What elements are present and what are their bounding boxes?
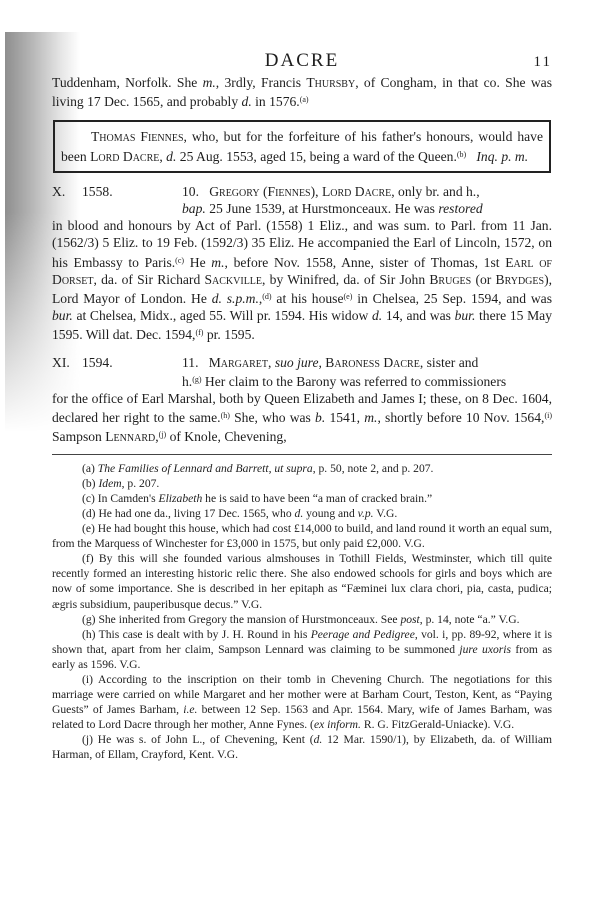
footnote-a: (a) The Families of Lennard and Barrett,… — [52, 461, 552, 476]
entry-heading-text: 10. Gregory (Fiennes), Lord Dacre, only … — [182, 183, 552, 200]
abbrev: d. — [166, 149, 176, 164]
surname: Lennard — [105, 429, 155, 444]
abbrev: i.e. — [183, 703, 197, 716]
citation-title: Elizabeth — [158, 492, 202, 505]
abbrev: bap. — [182, 201, 206, 216]
term: restored — [438, 201, 482, 216]
text: , before Nov. 1558, Anne, sister of Thom… — [225, 255, 506, 270]
title: Baroness Dacre — [325, 355, 420, 370]
footnote-i: (i) According to the inscription on thei… — [52, 672, 552, 732]
abbrev: d. — [295, 507, 304, 520]
entry-heading: XI. 1594. 11. Margaret, suo jure, Barone… — [52, 354, 552, 371]
footnote-b: (b) Idem, p. 207. — [52, 476, 552, 491]
text: , by Winifred, da. of Sir John — [262, 272, 429, 287]
text: pr. 1595. — [203, 327, 254, 342]
text: , shortly before 10 Nov. 1564, — [377, 410, 544, 425]
footnote-g: (g) She inherited from Gregory the mansi… — [52, 612, 552, 627]
text: , sister and — [420, 355, 479, 370]
footnote-mark: (h) — [82, 628, 96, 641]
person-name: Margaret — [209, 355, 268, 370]
footnote-mark: (j) — [82, 733, 93, 746]
abbrev: d. — [372, 308, 382, 323]
entry-line-2: bap. 25 June 1539, at Hurstmonceaux. He … — [52, 200, 552, 217]
text: He had one da., living 17 Dec. 1565, who — [98, 507, 294, 520]
text: 1541, — [325, 410, 364, 425]
citation-title: Peerage and Pedigree — [311, 628, 415, 641]
text: Tuddenham, Norfolk. She — [52, 75, 203, 90]
running-title: DACRE — [52, 50, 552, 72]
boxed-entry: Thomas Fiennes, who, but for the forfeit… — [53, 120, 551, 172]
text: (or — [471, 272, 495, 287]
text: He had bought this house, which had cost… — [52, 522, 552, 550]
text: This case is dealt with by J. H. Round i… — [99, 628, 311, 641]
footnote-ref[interactable]: (d) — [262, 292, 271, 301]
citation-title: Idem — [98, 477, 121, 490]
footnote-e: (e) He had bought this house, which had … — [52, 521, 552, 551]
footnote-divider — [52, 454, 552, 455]
text: By this will she founded various almshou… — [52, 552, 552, 610]
footnote-mark: (b) — [82, 477, 96, 490]
surname: Brydges — [496, 272, 545, 287]
roman-numeral: XI. — [52, 354, 82, 371]
footnote-h: (h) This case is dealt with by J. H. Rou… — [52, 627, 552, 672]
footnote-mark: (d) — [82, 507, 96, 520]
text: in 1576. — [252, 94, 300, 109]
text: 25 June 1539, at Hurstmonceaux. He was — [206, 201, 439, 216]
surname: Thursby — [306, 75, 355, 90]
page-number: 11 — [534, 54, 552, 71]
title: Lord Dacre — [90, 149, 159, 164]
footnote-mark: (i) — [82, 673, 93, 686]
footnote-ref[interactable]: (i) — [544, 411, 552, 420]
text: at his house — [272, 291, 344, 306]
footnote-ref[interactable]: (a) — [300, 95, 309, 104]
text: He — [184, 255, 211, 270]
text: R. G. FitzGerald-Uniacke). V.G. — [361, 718, 514, 731]
footnote-c: (c) In Camden's Elizabeth he is said to … — [52, 491, 552, 506]
text: young and — [303, 507, 357, 520]
entry-year: 1594. — [82, 354, 182, 371]
text: , p. 207. — [122, 477, 160, 490]
abbrev: m. — [211, 255, 224, 270]
entry-body: for the office of Earl Marshal, both by … — [52, 390, 552, 446]
footnote-ref[interactable]: (c) — [175, 256, 184, 265]
text: , p. 14, note “a.” V.G. — [420, 613, 520, 626]
abbrev: m. — [203, 75, 216, 90]
text: of Knole, Chevening, — [166, 429, 286, 444]
abbrev: v.p. — [358, 507, 374, 520]
abbrev: ex inform. — [314, 718, 361, 731]
text: , da. of Sir Richard — [94, 272, 205, 287]
footnotes: (a) The Families of Lennard and Barrett,… — [52, 461, 552, 763]
abbrev: d. s.p.m. — [212, 291, 259, 306]
text: In Camden's — [98, 492, 159, 505]
continuation-paragraph: Tuddenham, Norfolk. She m., 3rdly, Franc… — [52, 74, 552, 110]
term: suo jure — [275, 355, 319, 370]
surname: Sackville — [204, 272, 262, 287]
peerage-entry-xi: XI. 1594. 11. Margaret, suo jure, Barone… — [52, 354, 552, 446]
footnote-ref[interactable]: (g) — [192, 375, 201, 384]
footnote-ref[interactable]: (b) — [457, 150, 466, 159]
text: , p. 50, note 2, and p. 207. — [313, 462, 434, 475]
abbrev: d. — [242, 94, 252, 109]
text: She, who was — [230, 410, 315, 425]
person-name: Gregory (Fiennes), Lord Dacre — [209, 184, 391, 199]
peerage-entry-x: X. 1558. 10. Gregory (Fiennes), Lord Dac… — [52, 183, 552, 344]
footnote-mark: (a) — [82, 462, 95, 475]
footnote-mark: (c) — [82, 492, 95, 505]
entry-number: 10. — [182, 184, 199, 199]
person-name: Thomas Fiennes — [91, 129, 184, 144]
document-page: DACRE 11 Tuddenham, Norfolk. She m., 3rd… — [52, 44, 552, 763]
abbrev: b. — [315, 410, 325, 425]
text: h. — [182, 374, 192, 389]
footnote-f: (f) By this will she founded various alm… — [52, 551, 552, 611]
text: V.G. — [374, 507, 398, 520]
text: at Chelsea, Midx., aged 55. Will pr. 159… — [73, 308, 372, 323]
term: post — [400, 613, 419, 626]
abbrev: m. — [364, 410, 377, 425]
text: 25 Aug. 1553, aged 15, being a ward of t… — [176, 149, 457, 164]
entry-number: 11. — [182, 355, 199, 370]
surname: Bruges — [429, 272, 471, 287]
text: Her claim to the Barony was referred to … — [202, 374, 507, 389]
text: , only br. and h., — [391, 184, 479, 199]
citation-title: The Families of Lennard and Barrett, ut … — [98, 462, 313, 475]
footnote-d: (d) He had one da., living 17 Dec. 1565,… — [52, 506, 552, 521]
text: , 3rdly, Francis — [216, 75, 307, 90]
term: jure uxoris — [459, 643, 511, 656]
text: in Chelsea, 25 Sep. 1594, and was — [352, 291, 552, 306]
text: Sampson — [52, 429, 105, 444]
entry-heading: X. 1558. 10. Gregory (Fiennes), Lord Dac… — [52, 183, 552, 200]
footnote-mark: (e) — [82, 522, 95, 535]
text: He was s. of John L., of Chevening, Kent… — [98, 733, 314, 746]
footnote-j: (j) He was s. of John L., of Chevening, … — [52, 732, 552, 762]
text: he is said to have been “a man of cracke… — [202, 492, 432, 505]
entry-line-2: h.(g) Her claim to the Barony was referr… — [52, 371, 552, 390]
boxed-paragraph: Thomas Fiennes, who, but for the forfeit… — [61, 128, 543, 164]
entry-year: 1558. — [82, 183, 182, 200]
source-citation: Inq. p. m. — [476, 149, 528, 164]
main-text: Tuddenham, Norfolk. She m., 3rdly, Franc… — [52, 74, 552, 446]
text: She inherited from Gregory the mansion o… — [98, 613, 400, 626]
entry-heading-text: 11. Margaret, suo jure, Baroness Dacre, … — [182, 354, 552, 371]
abbrev: bur. — [52, 308, 73, 323]
abbrev: bur. — [455, 308, 476, 323]
footnote-mark: (f) — [82, 552, 94, 565]
footnote-mark: (g) — [82, 613, 96, 626]
text: 14, and was — [382, 308, 454, 323]
running-head: DACRE 11 — [52, 44, 552, 74]
roman-numeral: X. — [52, 183, 82, 200]
entry-body: in blood and honours by Act of Parl. (15… — [52, 217, 552, 343]
footnote-ref[interactable]: (h) — [221, 411, 230, 420]
